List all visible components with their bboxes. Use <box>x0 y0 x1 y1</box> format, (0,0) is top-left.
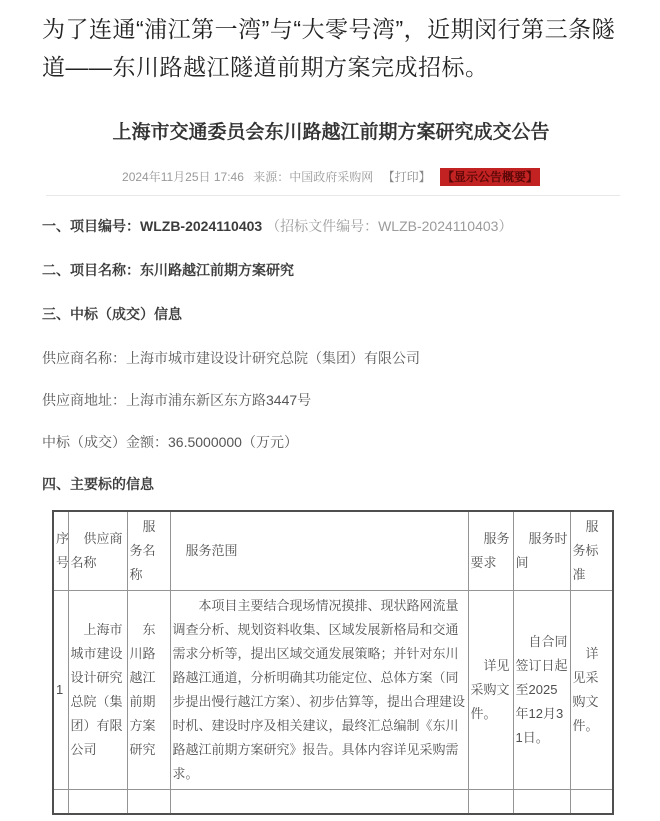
section-award-info: 三、中标（成交）信息 <box>42 304 620 325</box>
cell-supplier: 上海市城市建设设计研究总院（集团）有限公司 <box>68 591 127 790</box>
cell-service-requirement: 详见采购文件。 <box>468 591 513 790</box>
header-service-name: 服务名称 <box>127 511 170 591</box>
header-supplier: 供应商名称 <box>68 511 127 591</box>
announcement-page: 为了连通“浦江第一湾”与“大零号湾”，近期闵行第三条隧道——东川路越江隧道前期方… <box>0 0 660 821</box>
section-main-bid-info: 四、主要标的信息 <box>42 474 620 495</box>
source-text: 来源：中国政府采购网 <box>253 170 373 184</box>
announcement-title: 上海市交通委员会东川路越江前期方案研究成交公告 <box>42 120 620 146</box>
award-amount-line: 中标（成交）金额：36.5000000（万元） <box>42 432 620 453</box>
project-name-value: 东川路越江前期方案研究 <box>140 262 294 278</box>
header-seq: 序号 <box>53 511 68 591</box>
cell-seq <box>53 790 68 814</box>
lead-paragraph: 为了连通“浦江第一湾”与“大零号湾”，近期闵行第三条隧道——东川路越江隧道前期方… <box>42 10 620 86</box>
header-service-time: 服务时间 <box>513 511 570 591</box>
cell-supplier <box>68 790 127 814</box>
project-number-note: （招标文件编号：WLZB-2024110403） <box>266 218 512 234</box>
print-link[interactable]: 【打印】 <box>383 170 431 184</box>
cell-service-requirement <box>468 790 513 814</box>
publish-datetime: 2024年11月25日 17:46 <box>122 170 244 184</box>
section-project-number: 一、项目编号：WLZB-2024110403 （招标文件编号：WLZB-2024… <box>42 216 620 237</box>
bid-info-table: 序号 供应商名称 服务名称 服务范围 服务要求 服务时间 服务标准 1 上海市城… <box>52 510 614 815</box>
meta-bar: 2024年11月25日 17:46 来源：中国政府采购网 【打印】 【显示公告概… <box>42 168 620 186</box>
cell-service-time: 自合同签订日起至2025年12月31日。 <box>513 591 570 790</box>
header-service-scope: 服务范围 <box>170 511 468 591</box>
supplier-address-line: 供应商地址：上海市浦东新区东方路3447号 <box>42 390 620 411</box>
cell-service-standard <box>570 790 613 814</box>
table-row-empty <box>53 790 613 814</box>
award-info-heading: 三、中标（成交）信息 <box>42 306 182 322</box>
table-row: 1 上海市城市建设设计研究总院（集团）有限公司 东川路越江前期方案研究 本项目主… <box>53 591 613 790</box>
show-summary-badge[interactable]: 【显示公告概要】 <box>440 168 540 186</box>
table-header-row: 序号 供应商名称 服务名称 服务范围 服务要求 服务时间 服务标准 <box>53 511 613 591</box>
cell-seq: 1 <box>53 591 68 790</box>
cell-service-scope <box>170 790 468 814</box>
cell-service-name <box>127 790 170 814</box>
supplier-name-line: 供应商名称：上海市城市建设设计研究总院（集团）有限公司 <box>42 348 620 369</box>
header-service-standard: 服务标准 <box>570 511 613 591</box>
divider <box>46 195 620 196</box>
main-bid-info-heading: 四、主要标的信息 <box>42 476 154 492</box>
cell-service-time <box>513 790 570 814</box>
cell-service-scope: 本项目主要结合现场情况摸排、现状路网流量调查分析、规划资料收集、区域发展新格局和… <box>170 591 468 790</box>
cell-service-name: 东川路越江前期方案研究 <box>127 591 170 790</box>
project-number-label: 一、项目编号： <box>42 218 140 234</box>
project-number-value: WLZB-2024110403 <box>140 218 262 234</box>
project-name-label: 二、项目名称： <box>42 262 140 278</box>
cell-service-standard: 详见采购文件。 <box>570 591 613 790</box>
section-project-name: 二、项目名称：东川路越江前期方案研究 <box>42 260 620 281</box>
header-service-requirement: 服务要求 <box>468 511 513 591</box>
